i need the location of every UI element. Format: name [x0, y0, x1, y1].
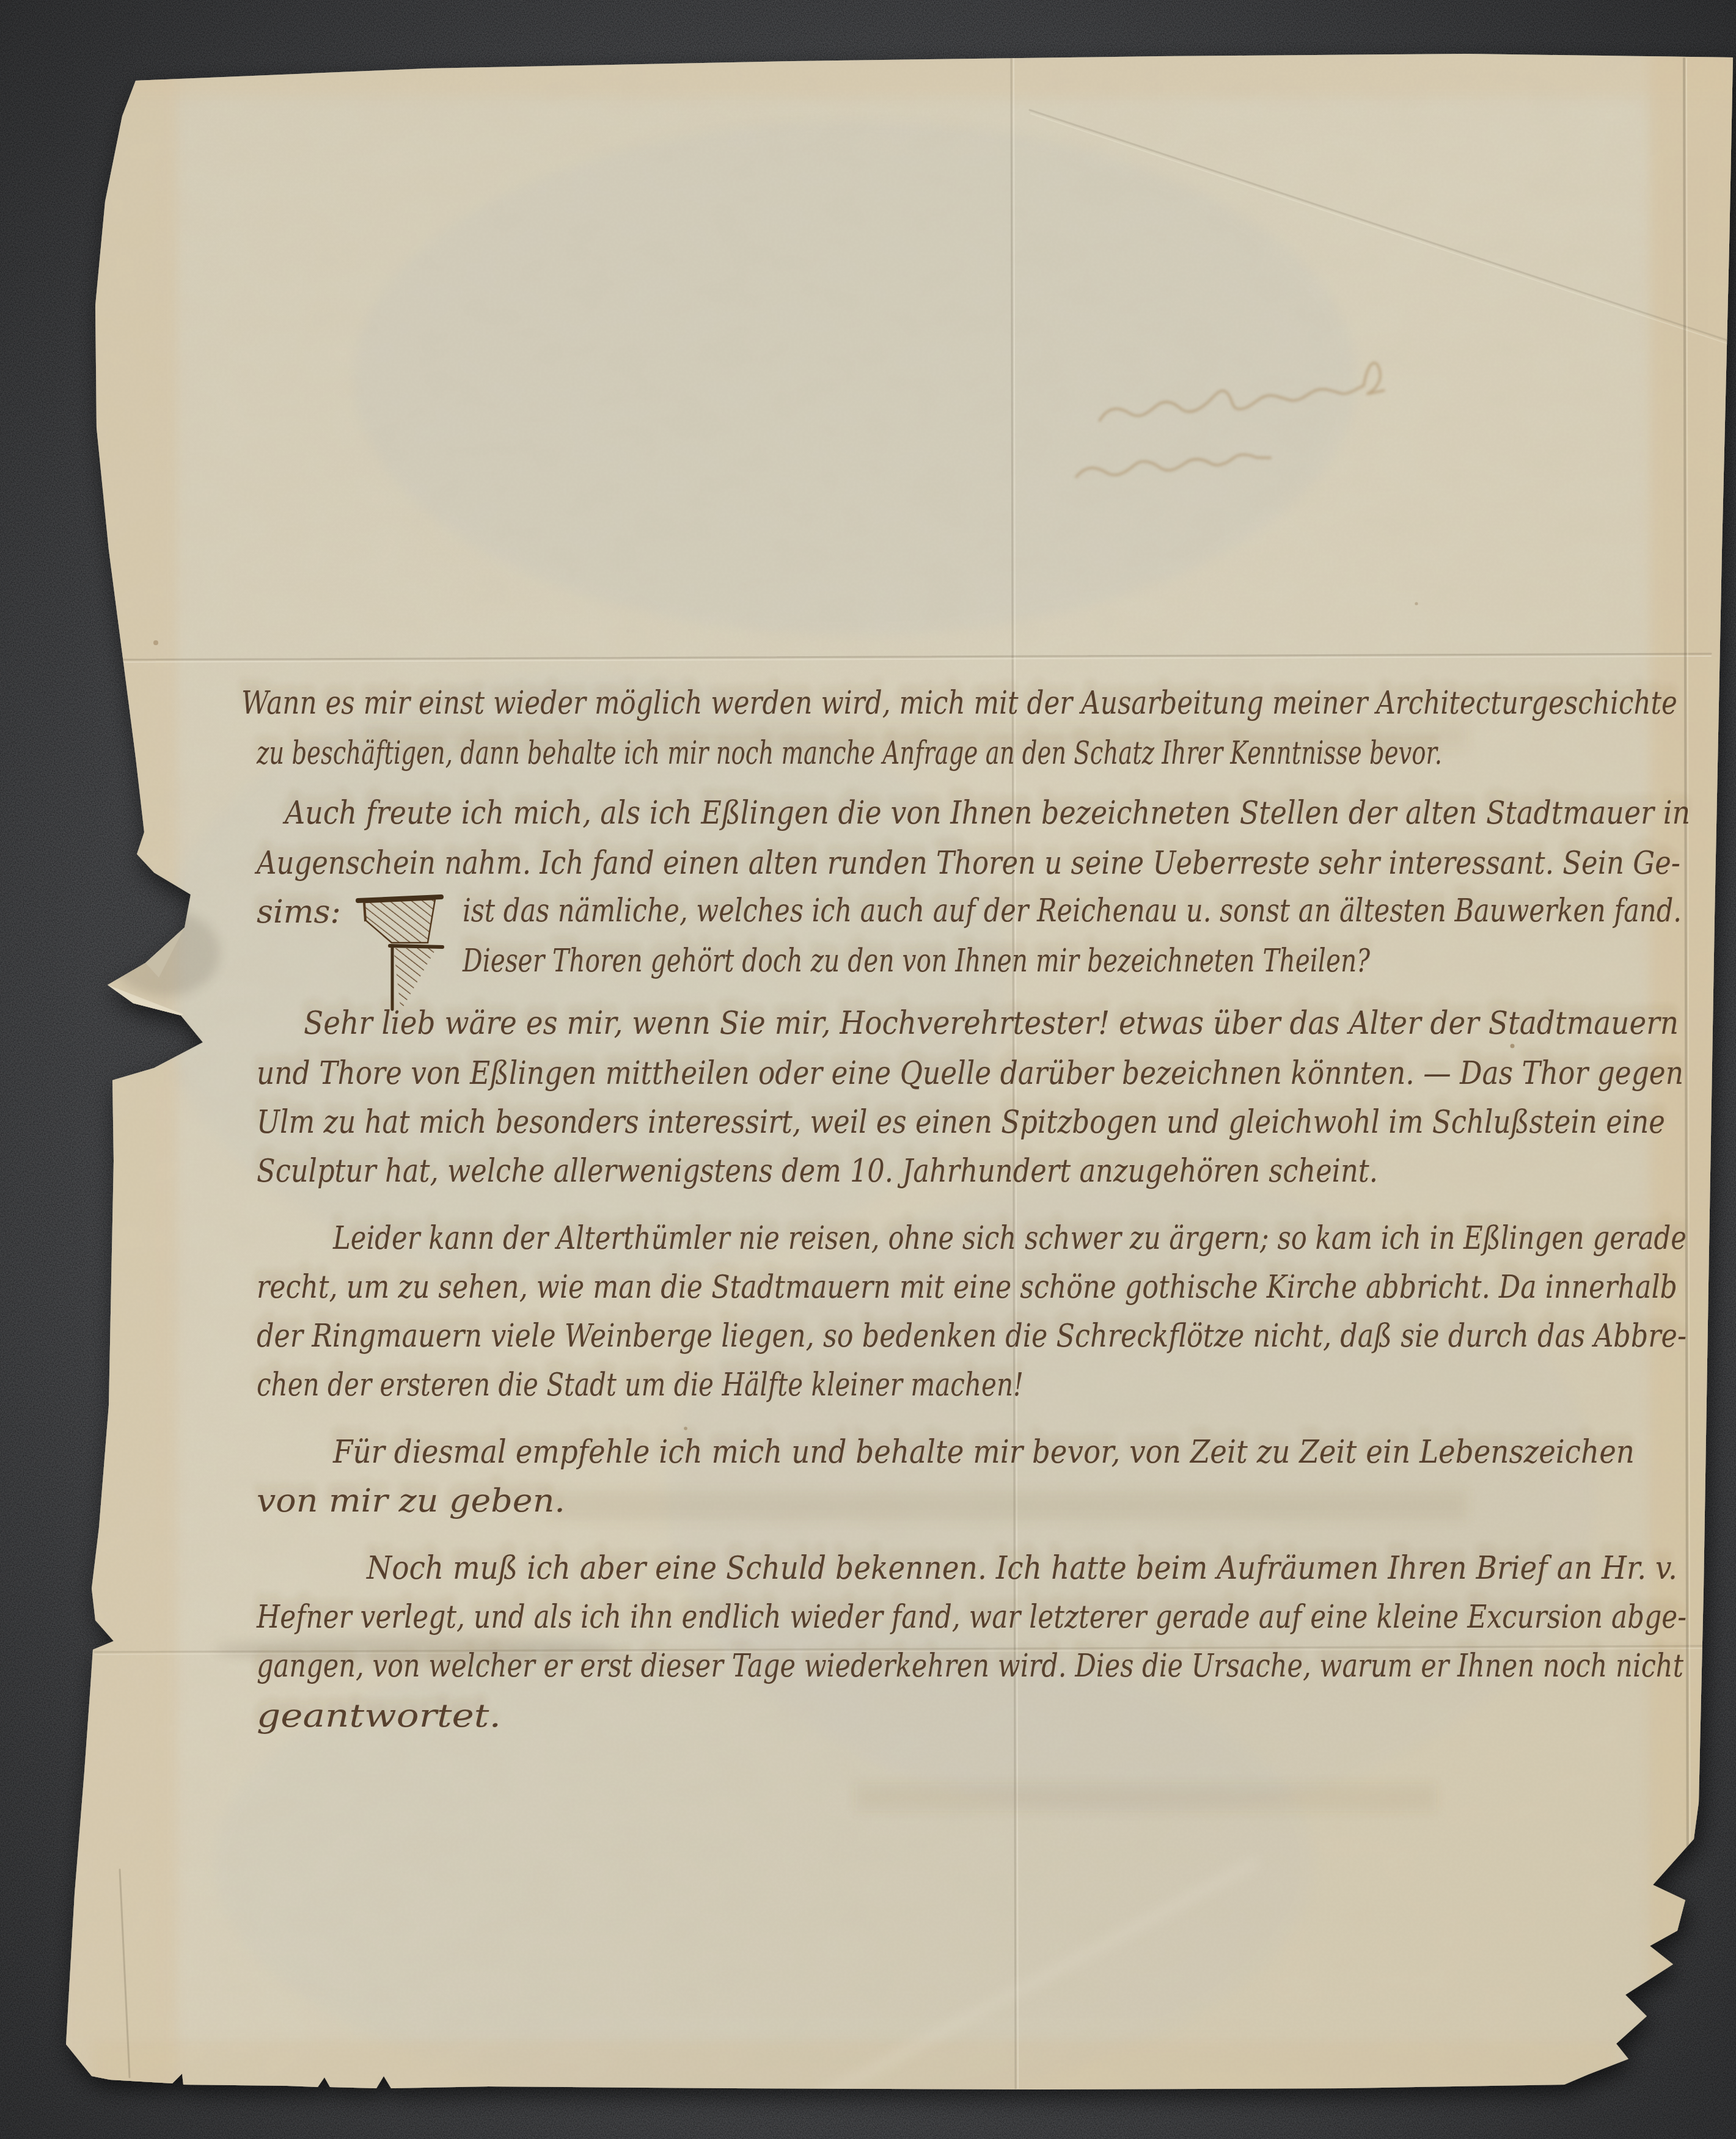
handwriting-line: Für diesmal empfehle ich mich und behalt… — [332, 1434, 1635, 1471]
handwriting-line: Leider kann der Alterthümler nie reisen,… — [332, 1220, 1687, 1257]
scan-stage: Wann es mir einst wieder möglich werden … — [0, 0, 1736, 2139]
handwriting-line: der Ringmauern viele Weinberge liegen, s… — [257, 1318, 1687, 1355]
handwriting-line: geantwortet. — [257, 1698, 501, 1735]
handwriting-line: ist das nämliche, welches ich auch auf d… — [463, 893, 1682, 929]
handwriting-line: Noch muß ich aber eine Schuld bekennen. … — [365, 1550, 1677, 1587]
handwriting-line: Augenschein nahm. Ich fand einen alten r… — [255, 845, 1680, 882]
letter-paper: Wann es mir einst wieder möglich werden … — [0, 0, 1736, 2139]
handwriting-line: chen der ersteren die Stadt um die Hälft… — [257, 1367, 1024, 1403]
handwriting-line: gangen, von welcher er erst dieser Tage … — [257, 1648, 1683, 1684]
handwriting-line: und Thore von Eßlingen mittheilen oder e… — [257, 1055, 1683, 1092]
handwriting-line: Sculptur hat, welche allerwenigstens dem… — [257, 1153, 1378, 1190]
handwriting-line: Ulm zu hat mich besonders interessirt, w… — [257, 1104, 1665, 1141]
handwriting-line: Hefner verlegt, und als ich ihn endlich … — [256, 1599, 1687, 1636]
handwriting-line: von mir zu geben. — [257, 1483, 565, 1519]
handwriting-line: Dieser Thoren gehört doch zu den von Ihn… — [462, 943, 1371, 979]
handwriting-line: zu beschäftigen, dann behalte ich mir no… — [256, 735, 1442, 772]
handwriting-line: Sehr lieb wäre es mir, wenn Sie mir, Hoc… — [304, 1005, 1679, 1042]
handwriting-line: Wann es mir einst wieder möglich werden … — [241, 685, 1677, 722]
handwriting-line: sims: — [257, 894, 341, 931]
handwriting-line: recht, um zu sehen, wie man die Stadtmau… — [257, 1269, 1677, 1306]
handwriting-line: Auch freute ich mich, als ich Eßlingen d… — [282, 795, 1690, 832]
letter-scan: Wann es mir einst wieder möglich werden … — [0, 0, 1736, 2139]
